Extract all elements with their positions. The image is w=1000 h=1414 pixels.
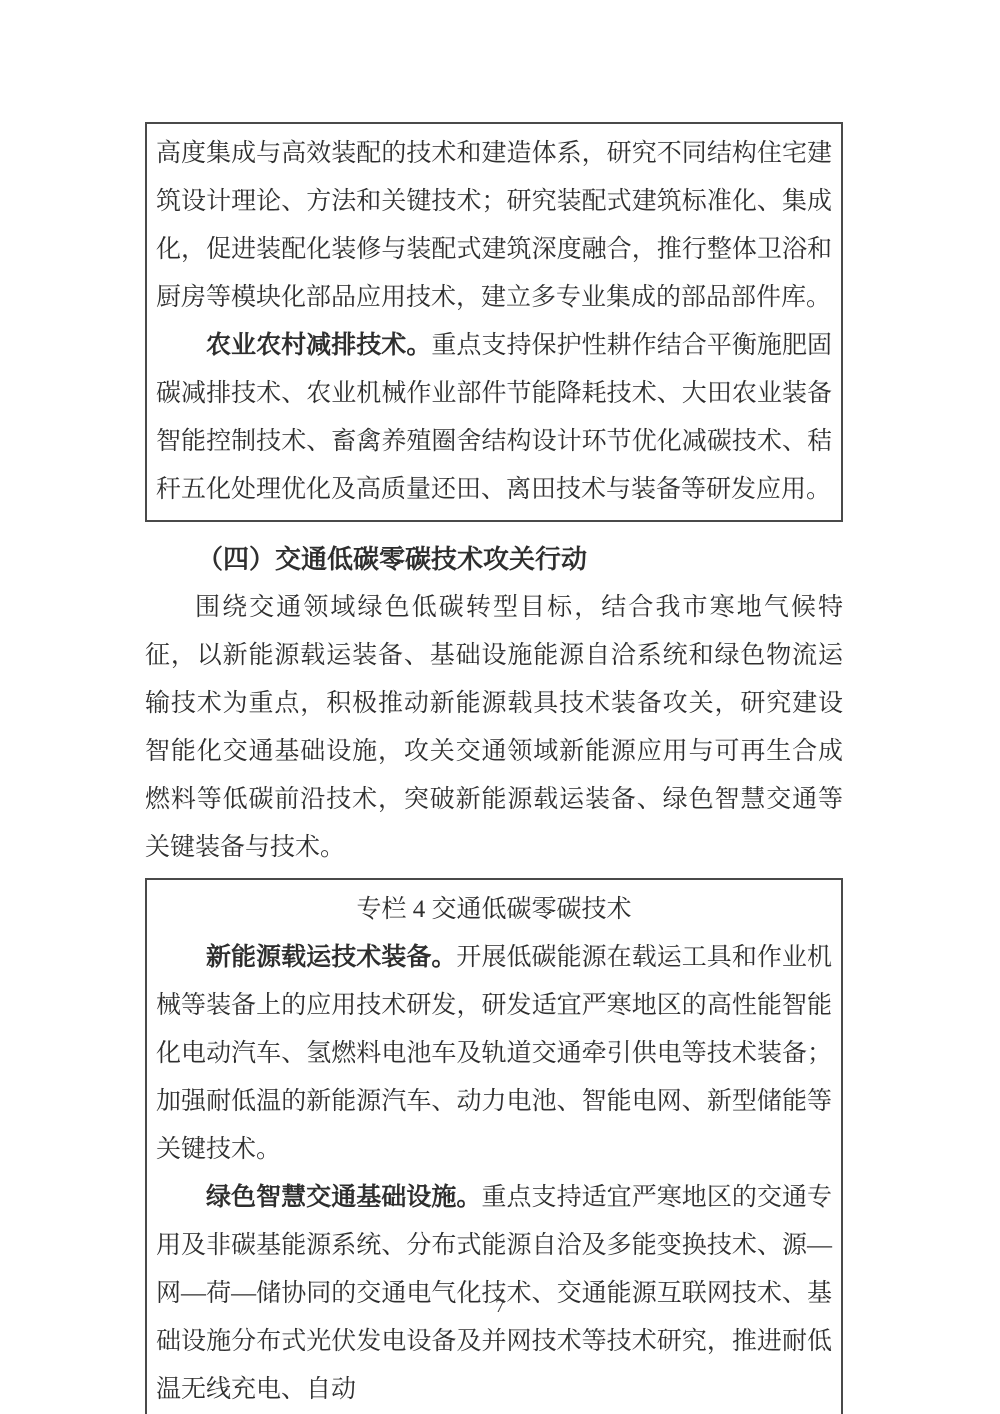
box1-agriculture-paragraph: 农业农村减排技术。重点支持保护性耕作结合平衡施肥固碳减排技术、农业机械作业部件节… xyxy=(156,322,832,514)
section-heading: （四）交通低碳零碳技术攻关行动 xyxy=(145,536,843,584)
box2-paragraph1-text: 开展低碳能源在载运工具和作业机械等装备上的应用技术研发，研发适宜严寒地区的高性能… xyxy=(156,944,832,1163)
page-content: 高度集成与高效装配的技术和建造体系，研究不同结构住宅建筑设计理论、方法和关键技术… xyxy=(145,122,843,1414)
section-intro-paragraph: 围绕交通领域绿色低碳转型目标，结合我市寒地气候特征，以新能源载运装备、基础设施能… xyxy=(145,584,843,872)
document-page: 高度集成与高效装配的技术和建造体系，研究不同结构住宅建筑设计理论、方法和关键技术… xyxy=(0,0,1000,1414)
box2-title: 专栏 4 交通低碳零碳技术 xyxy=(156,886,832,934)
box2-paragraph2-text: 重点支持适宜严寒地区的交通专用及非碳基能源系统、分布式能源自洽及多能变换技术、源… xyxy=(156,1184,832,1403)
box1-paragraph2-lead: 农业农村减排技术。 xyxy=(206,332,431,359)
box1-continued-paragraph: 高度集成与高效装配的技术和建造体系，研究不同结构住宅建筑设计理论、方法和关键技术… xyxy=(156,130,832,322)
callout-box-transport: 专栏 4 交通低碳零碳技术 新能源载运技术装备。开展低碳能源在载运工具和作业机械… xyxy=(145,878,843,1414)
box1-paragraph1-text: 高度集成与高效装配的技术和建造体系，研究不同结构住宅建筑设计理论、方法和关键技术… xyxy=(156,140,832,311)
box2-paragraph1-lead: 新能源载运技术装备。 xyxy=(206,944,456,971)
box2-paragraph2-lead: 绿色智慧交通基础设施。 xyxy=(206,1184,481,1211)
box2-green-smart-paragraph: 绿色智慧交通基础设施。重点支持适宜严寒地区的交通专用及非碳基能源系统、分布式能源… xyxy=(156,1174,832,1414)
callout-box-building-agriculture: 高度集成与高效装配的技术和建造体系，研究不同结构住宅建筑设计理论、方法和关键技术… xyxy=(145,122,843,522)
box2-new-energy-paragraph: 新能源载运技术装备。开展低碳能源在载运工具和作业机械等装备上的应用技术研发，研发… xyxy=(156,934,832,1174)
page-number: 7 xyxy=(0,1296,1000,1318)
